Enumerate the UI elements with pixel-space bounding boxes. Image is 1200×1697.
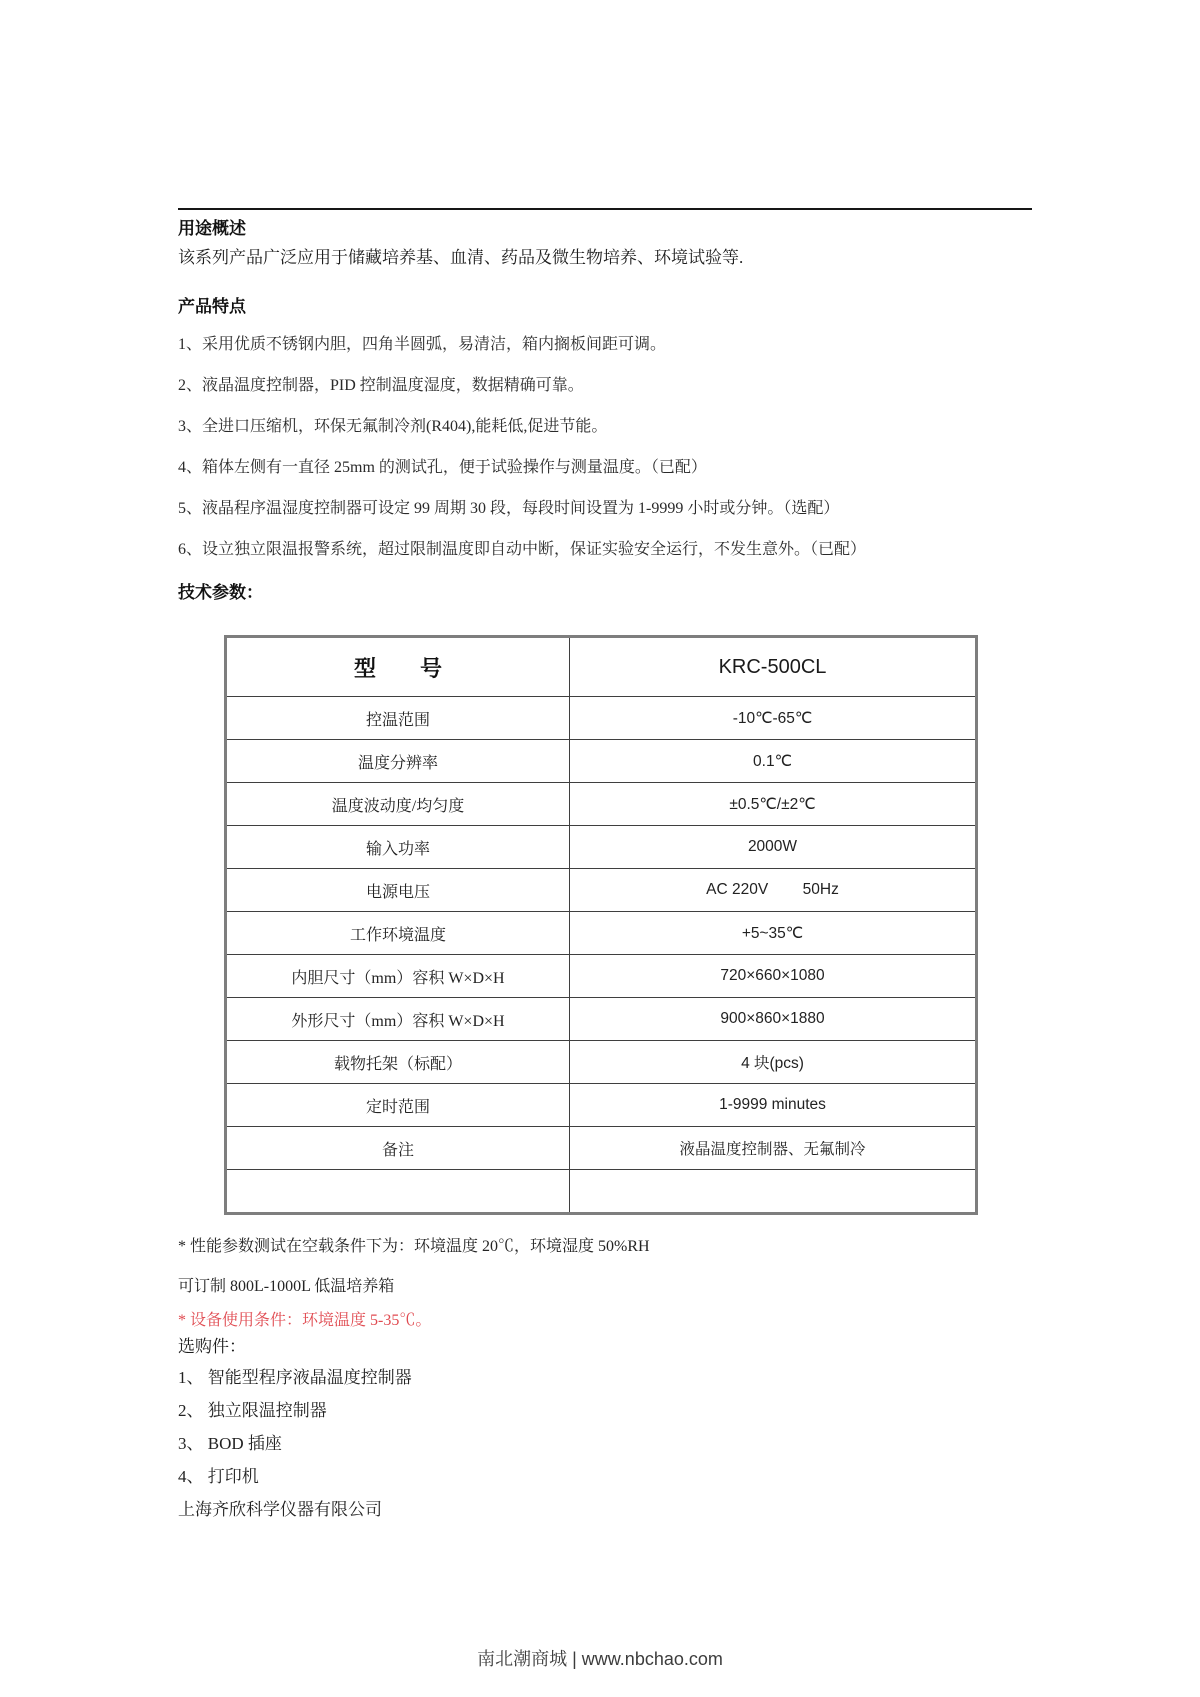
option-list: 1、 智能型程序液晶温度控制器 2、 独立限温控制器 3、 BOD 插座 4、 … <box>178 1367 1032 1488</box>
table-row: 内胆尺寸（mm）容积 W×D×H 720×660×1080 <box>226 955 977 998</box>
options-heading: 选购件： <box>178 1335 1032 1359</box>
document-page: 用途概述 该系列产品广泛应用于储藏培养基、血清、药品及微生物培养、环境试验等. … <box>0 0 1200 1697</box>
spec-value-cell: 0.1℃ <box>570 740 977 783</box>
feature-item: 1、采用优质不锈钢内胆，四角半圆弧，易清洁，箱内搁板间距可调。 <box>178 335 1032 355</box>
spec-value-cell: +5~35℃ <box>570 912 977 955</box>
spec-value-cell: 2000W <box>570 826 977 869</box>
features-heading: 产品特点 <box>178 295 1032 319</box>
spec-label-cell: 外形尺寸（mm）容积 W×D×H <box>226 998 570 1041</box>
feature-item: 4、箱体左侧有一直径 25mm 的测试孔，便于试验操作与测量温度。（已配） <box>178 458 1032 478</box>
feature-list: 1、采用优质不锈钢内胆，四角半圆弧，易清洁，箱内搁板间距可调。 2、液晶温度控制… <box>178 335 1032 560</box>
spec-value-cell <box>570 1170 977 1214</box>
feature-item: 3、全进口压缩机，环保无氟制冷剂(R404),能耗低,促进节能。 <box>178 417 1032 437</box>
table-row: 外形尺寸（mm）容积 W×D×H 900×860×1880 <box>226 998 977 1041</box>
spec-value-cell: 900×860×1880 <box>570 998 977 1041</box>
spec-label-cell: 载物托架（标配） <box>226 1041 570 1084</box>
spec-label-cell: 控温范围 <box>226 697 570 740</box>
table-row: 工作环境温度 +5~35℃ <box>226 912 977 955</box>
spec-value-cell: AC 220V 50Hz <box>570 869 977 912</box>
spec-value-cell: 4 块(pcs) <box>570 1041 977 1084</box>
spec-value-cell: 1-9999 minutes <box>570 1084 977 1127</box>
option-item: 2、 独立限温控制器 <box>178 1400 1032 1422</box>
option-item: 3、 BOD 插座 <box>178 1433 1032 1455</box>
spec-label-cell: 电源电压 <box>226 869 570 912</box>
table-row: 温度分辨率 0.1℃ <box>226 740 977 783</box>
option-item: 4、 打印机 <box>178 1466 1032 1488</box>
spec-value-cell: ±0.5℃/±2℃ <box>570 783 977 826</box>
spec-label-cell: 备注 <box>226 1127 570 1170</box>
note-test-condition: * 性能参数测试在空载条件下为：环境温度 20℃，环境湿度 50%RH <box>178 1237 1032 1257</box>
spec-label-cell: 温度波动度/均匀度 <box>226 783 570 826</box>
feature-item: 6、设立独立限温报警系统，超过限制温度即自动中断，保证实验安全运行，不发生意外。… <box>178 540 1032 560</box>
usage-heading: 用途概述 <box>178 217 1032 241</box>
spec-label-cell: 温度分辨率 <box>226 740 570 783</box>
feature-item: 2、液晶温度控制器，PID 控制温度湿度，数据精确可靠。 <box>178 376 1032 396</box>
company-name: 上海齐欣科学仪器有限公司 <box>178 1499 1032 1521</box>
document-content: 用途概述 该系列产品广泛应用于储藏培养基、血清、药品及微生物培养、环境试验等. … <box>178 208 1032 1521</box>
spec-label-cell <box>226 1170 570 1214</box>
specs-heading: 技术参数： <box>178 581 1032 605</box>
option-item: 1、 智能型程序液晶温度控制器 <box>178 1367 1032 1389</box>
spec-value-cell: -10℃-65℃ <box>570 697 977 740</box>
table-row: 电源电压 AC 220V 50Hz <box>226 869 977 912</box>
spec-label-cell: 定时范围 <box>226 1084 570 1127</box>
table-row: 备注 液晶温度控制器、无氟制冷 <box>226 1127 977 1170</box>
spec-label-cell: 输入功率 <box>226 826 570 869</box>
header-rule <box>178 208 1032 210</box>
note-custom-order: 可订制 800L-1000L 低温培养箱 <box>178 1277 1032 1297</box>
table-row-empty <box>226 1170 977 1214</box>
specs-table: 型 号 KRC-500CL 控温范围 -10℃-65℃ 温度分辨率 0.1℃ 温… <box>224 635 978 1215</box>
table-row: 输入功率 2000W <box>226 826 977 869</box>
model-label-cell: 型 号 <box>226 637 570 697</box>
page-footer: 南北潮商城 | www.nbchao.com <box>0 1645 1200 1671</box>
spec-value-cell: 液晶温度控制器、无氟制冷 <box>570 1127 977 1170</box>
usage-body-text: 该系列产品广泛应用于储藏培养基、血清、药品及微生物培养、环境试验等. <box>178 247 1032 269</box>
model-value-cell: KRC-500CL <box>570 637 977 697</box>
table-row: 定时范围 1-9999 minutes <box>226 1084 977 1127</box>
table-row: 温度波动度/均匀度 ±0.5℃/±2℃ <box>226 783 977 826</box>
spec-label-cell: 工作环境温度 <box>226 912 570 955</box>
spec-label-cell: 内胆尺寸（mm）容积 W×D×H <box>226 955 570 998</box>
table-row-model: 型 号 KRC-500CL <box>226 637 977 697</box>
spec-value-cell: 720×660×1080 <box>570 955 977 998</box>
table-row: 控温范围 -10℃-65℃ <box>226 697 977 740</box>
feature-item: 5、液晶程序温湿度控制器可设定 99 周期 30 段，每段时间设置为 1-999… <box>178 499 1032 519</box>
table-row: 载物托架（标配） 4 块(pcs) <box>226 1041 977 1084</box>
note-usage-condition: * 设备使用条件：环境温度 5-35℃。 <box>178 1311 1032 1331</box>
